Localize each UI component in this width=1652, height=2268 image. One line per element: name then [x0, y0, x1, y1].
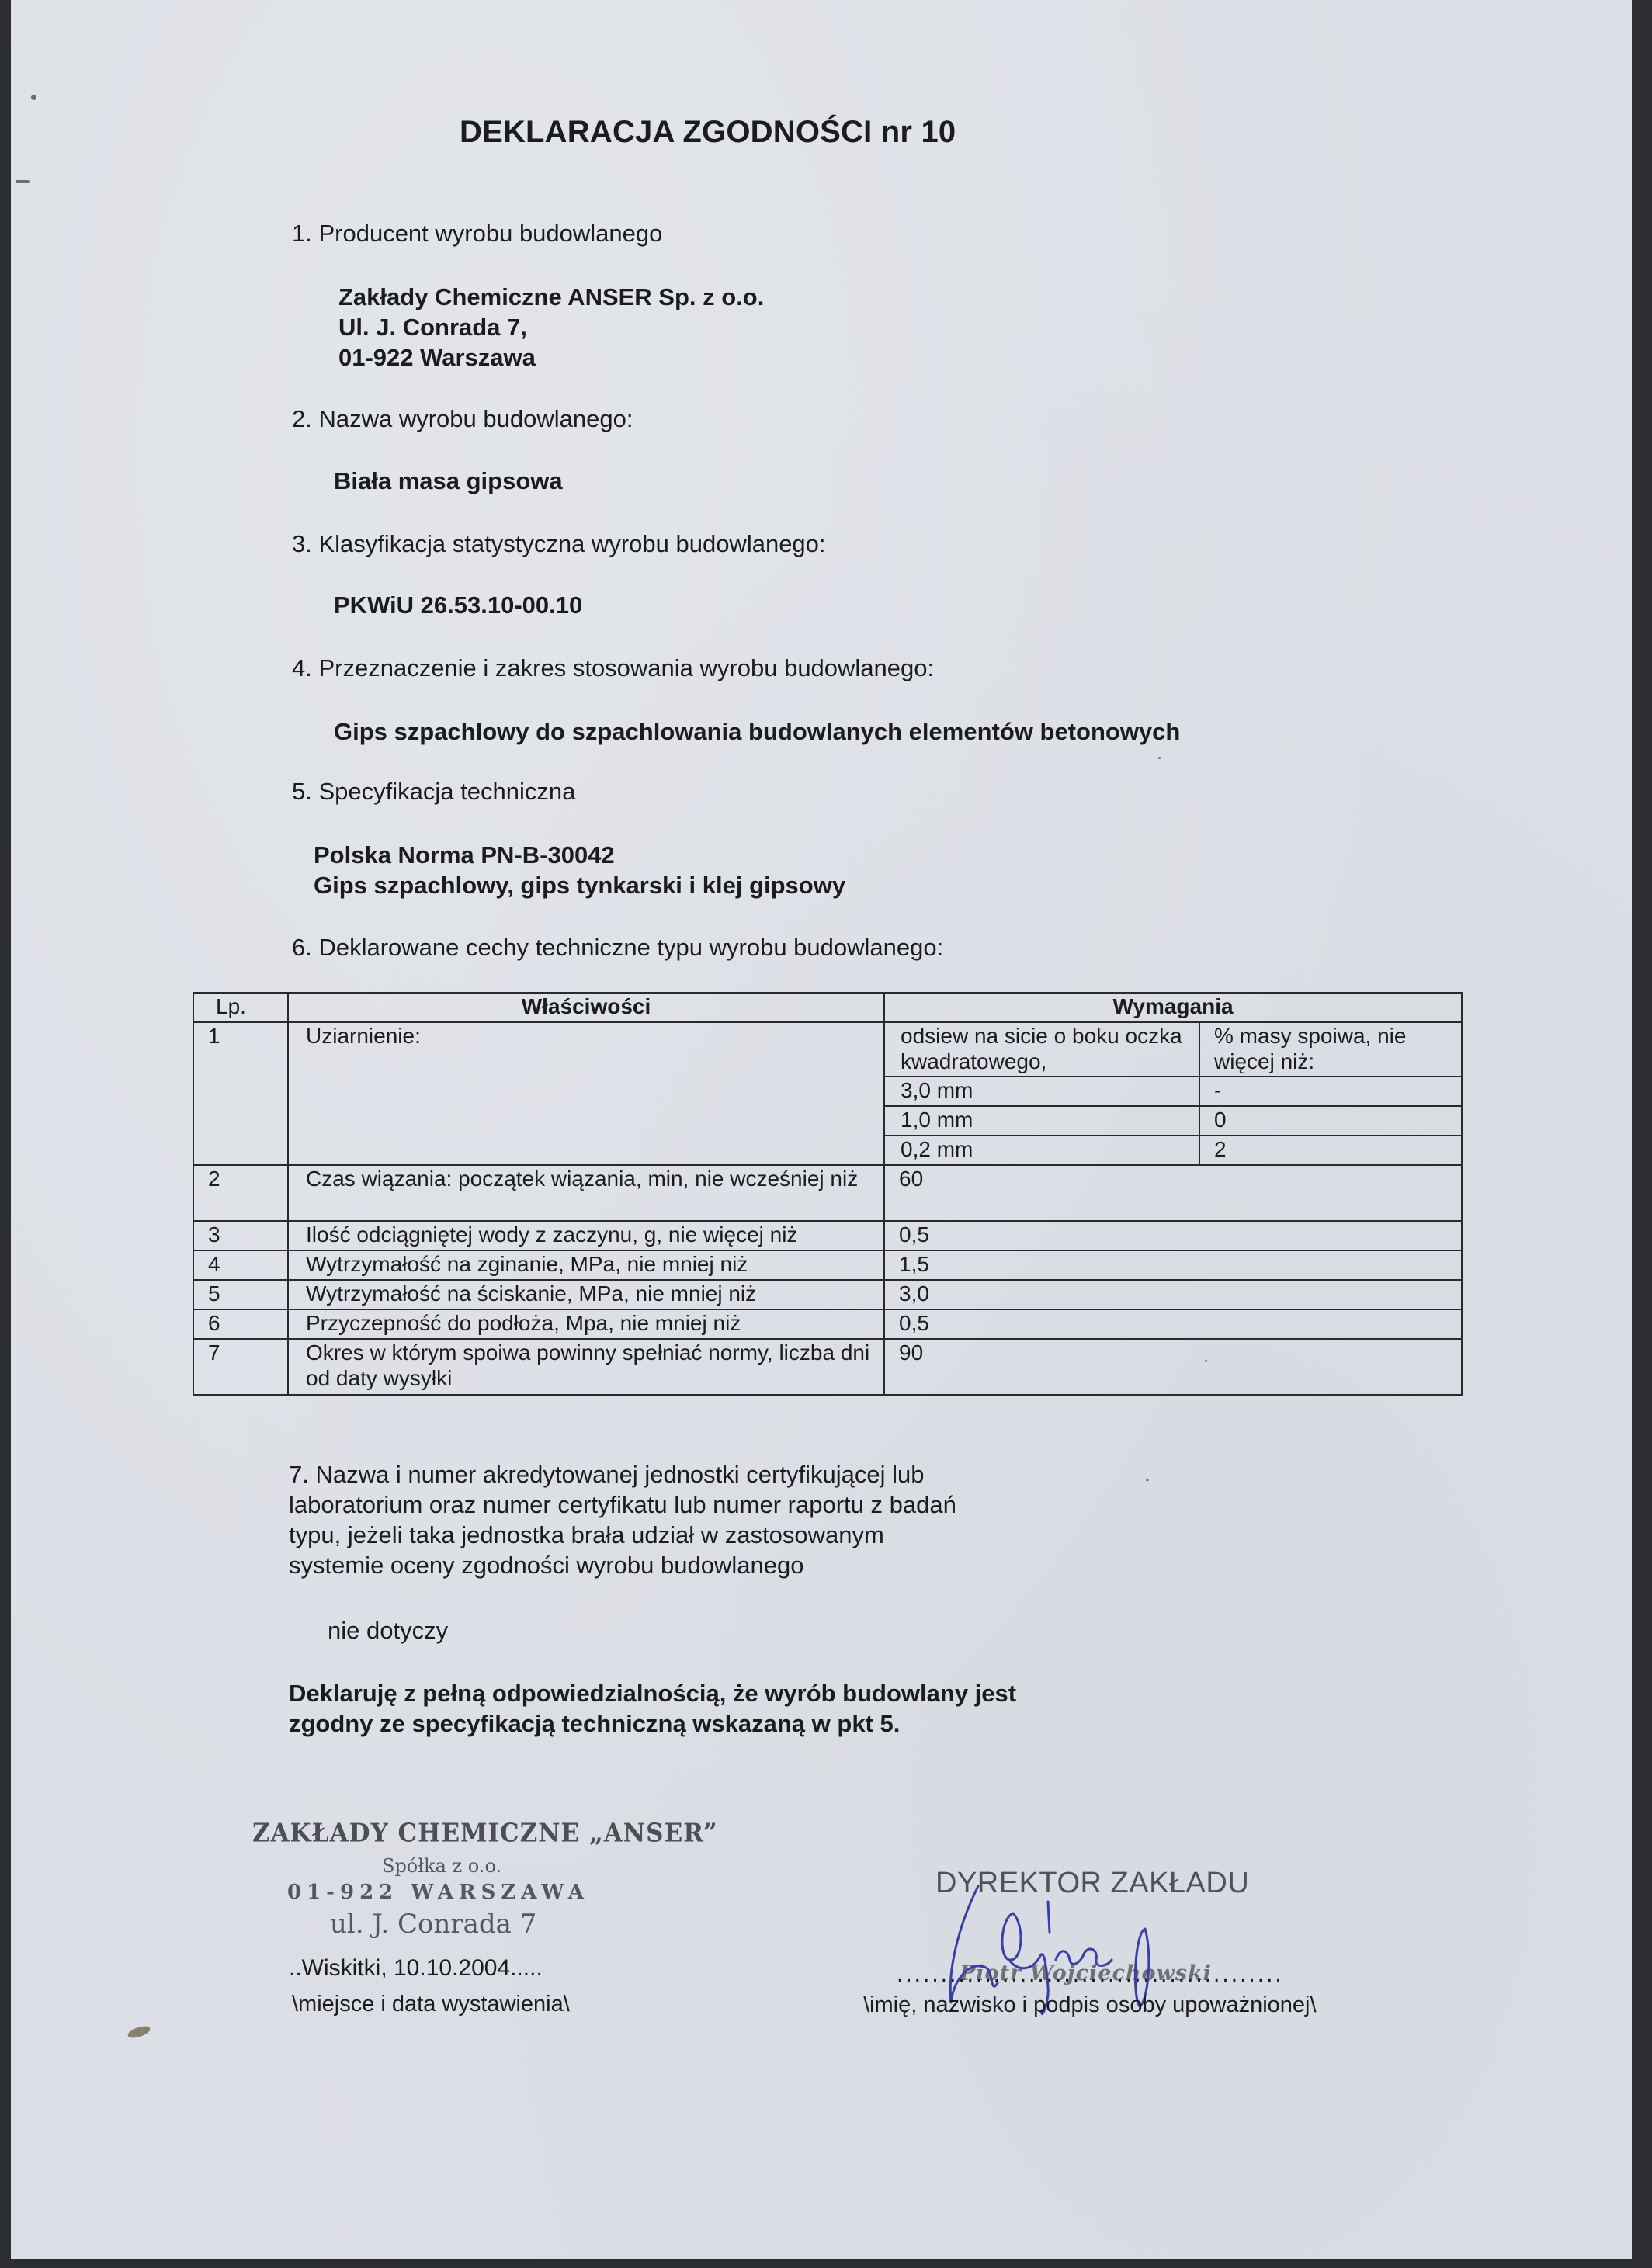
section-7-line: typu, jeżeli taka jednostka brała udział… — [289, 1520, 956, 1550]
section-7-value: nie dotyczy — [328, 1617, 448, 1645]
table-row: 7 Okres w którym spoiwa powinny spełniać… — [193, 1339, 1462, 1395]
row-property: Okres w którym spoiwa powinny spełniać n… — [288, 1339, 884, 1395]
sieve-subheader: odsiew na sicie o boku oczka kwadratoweg… — [884, 1022, 1199, 1077]
producer-block: Zakłady Chemiczne ANSER Sp. z o.o. Ul. J… — [338, 282, 764, 373]
header-lp: Lp. — [193, 993, 288, 1022]
row-value: 0,5 — [884, 1221, 1462, 1250]
header-requirements: Wymagania — [884, 993, 1462, 1022]
sieve-value: 2 — [1199, 1136, 1462, 1165]
product-purpose: Gips szpachlowy do szpachlowania budowla… — [334, 718, 1180, 746]
row-property: Przyczepność do podłoża, Mpa, nie mniej … — [288, 1309, 884, 1339]
technical-spec-block: Polska Norma PN-B-30042 Gips szpachlowy,… — [314, 840, 845, 900]
sieve-value: - — [1199, 1077, 1462, 1106]
company-stamp-name: ZAKŁADY CHEMICZNE „ANSER” — [252, 1819, 718, 1848]
document-title: DEKLARACJA ZGODNOŚCI nr 10 — [460, 115, 956, 150]
company-stamp-city: 01-922 WARSZAWA — [287, 1881, 589, 1904]
sieve-size: 3,0 mm — [884, 1077, 1199, 1106]
section-7-line: laboratorium oraz numer certyfikatu lub … — [289, 1489, 956, 1520]
section-7-line: 7. Nazwa i numer akredytowanej jednostki… — [289, 1459, 956, 1489]
row-property: Ilość odciągniętej wody z zaczynu, g, ni… — [288, 1221, 884, 1250]
section-7-line: systemie oceny zgodności wyrobu budowlan… — [289, 1550, 956, 1580]
product-name: Biała masa gipsowa — [334, 467, 563, 495]
declaration-line: Deklaruję z pełną odpowiedzialnością, że… — [289, 1678, 1016, 1708]
row-property: Czas wiązania: początek wiązania, min, n… — [288, 1165, 884, 1221]
table-row: 3 Ilość odciągniętej wody z zaczynu, g, … — [193, 1221, 1462, 1250]
row-lp: 1 — [193, 1022, 288, 1165]
header-property: Właściwości — [288, 993, 884, 1022]
pkwiu-code: PKWiU 26.53.10-00.10 — [334, 591, 582, 619]
table-row: 1 Uziarnienie: odsiew na sicie o boku oc… — [193, 1022, 1462, 1077]
row-lp: 3 — [193, 1221, 288, 1250]
section-2-heading: 2. Nazwa wyrobu budowlanego: — [292, 405, 633, 433]
standard-number: Polska Norma PN-B-30042 — [314, 840, 845, 870]
row-lp: 5 — [193, 1280, 288, 1309]
standard-title: Gips szpachlowy, gips tynkarski i klej g… — [314, 870, 845, 900]
company-stamp-street: ul. J. Conrada 7 — [330, 1909, 536, 1940]
table-row: 4 Wytrzymałość na zginanie, MPa, nie mni… — [193, 1250, 1462, 1280]
row-property: Wytrzymałość na ściskanie, MPa, nie mnie… — [288, 1280, 884, 1309]
row-lp: 4 — [193, 1250, 288, 1280]
section-3-heading: 3. Klasyfikacja statystyczna wyrobu budo… — [292, 530, 826, 558]
section-1-heading: 1. Producent wyrobu budowlanego — [292, 220, 662, 248]
table-header-row: Lp. Właściwości Wymagania — [193, 993, 1462, 1022]
sieve-size: 0,2 mm — [884, 1136, 1199, 1165]
place-and-date-caption: \miejsce i data wystawienia\ — [292, 1992, 570, 2017]
declaration-statement: Deklaruję z pełną odpowiedzialnością, że… — [289, 1678, 1016, 1739]
row-property: Wytrzymałość na zginanie, MPa, nie mniej… — [288, 1250, 884, 1280]
row-value: 60 — [884, 1165, 1462, 1221]
row-lp: 2 — [193, 1165, 288, 1221]
producer-street: Ul. J. Conrada 7, — [338, 312, 764, 342]
table-row: 6 Przyczepność do podłoża, Mpa, nie mnie… — [193, 1309, 1462, 1339]
producer-name: Zakłady Chemiczne ANSER Sp. z o.o. — [338, 282, 764, 312]
scan-speck — [1158, 757, 1161, 759]
signature-caption: \imię, nazwisko i podpis osoby upoważnio… — [863, 1992, 1317, 2018]
producer-city: 01-922 Warszawa — [338, 342, 764, 373]
row-value: 1,5 — [884, 1250, 1462, 1280]
section-7-block: 7. Nazwa i numer akredytowanej jednostki… — [289, 1459, 956, 1580]
table-row: 5 Wytrzymałość na ściskanie, MPa, nie mn… — [193, 1280, 1462, 1309]
company-stamp-form: Spółka z o.o. — [382, 1855, 501, 1877]
sieve-value: 0 — [1199, 1106, 1462, 1136]
section-5-heading: 5. Specyfikacja techniczna — [292, 778, 575, 806]
scan-speck — [16, 180, 29, 183]
table-row: 2 Czas wiązania: początek wiązania, min,… — [193, 1165, 1462, 1221]
place-and-date: ..Wiskitki, 10.10.2004..... — [289, 1955, 543, 1982]
declaration-line: zgodny ze specyfikacją techniczną wskaza… — [289, 1708, 1016, 1739]
row-value: 3,0 — [884, 1280, 1462, 1309]
row-value: 90 — [884, 1339, 1462, 1395]
sieve-size: 1,0 mm — [884, 1106, 1199, 1136]
scan-speck — [1146, 1479, 1149, 1481]
row-lp: 7 — [193, 1339, 288, 1395]
row-lp: 6 — [193, 1309, 288, 1339]
section-4-heading: 4. Przeznaczenie i zakres stosowania wyr… — [292, 654, 934, 682]
mass-subheader: % masy spoiwa, nie więcej niż: — [1199, 1022, 1462, 1077]
technical-properties-table: Lp. Właściwości Wymagania 1 Uziarnienie:… — [193, 992, 1463, 1396]
section-6-heading: 6. Deklarowane cechy techniczne typu wyr… — [292, 934, 943, 962]
row-property: Uziarnienie: — [288, 1022, 884, 1165]
scan-speck — [31, 95, 36, 100]
row-value: 0,5 — [884, 1309, 1462, 1339]
